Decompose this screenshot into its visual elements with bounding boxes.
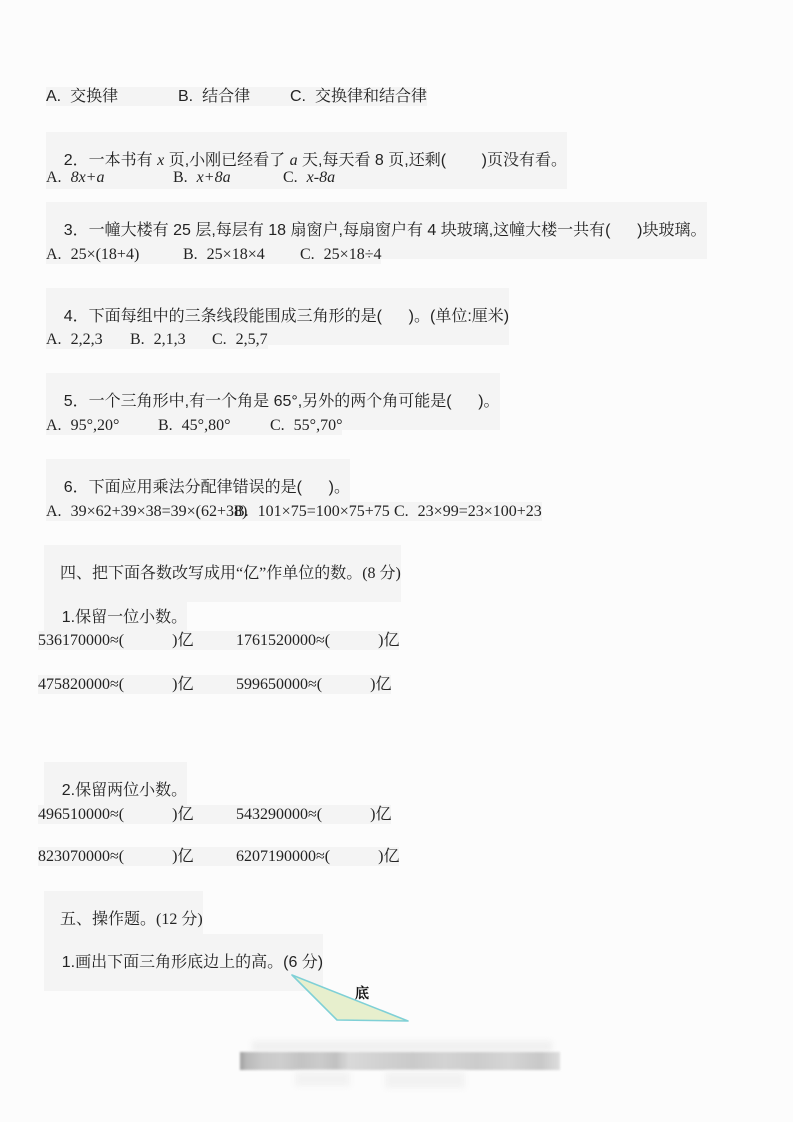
option-text: 25×(18+4): [71, 246, 140, 263]
question-2-options: A.8x+a B.x+8a C.x-8a: [46, 168, 335, 187]
section-heading: 四、把下面各数改写成用“亿”作单位的数。(8 分): [60, 565, 401, 582]
option-text: 2,1,3: [154, 331, 186, 348]
option-label: A.: [46, 417, 62, 434]
text-segment: 6．下面应用乘法分配律错误的是( )。: [64, 479, 350, 496]
conversion-row-1: 536170000≈( )亿 1761520000≈( )亿: [38, 631, 399, 650]
option-text: 45°,80°: [182, 417, 231, 434]
exam-page: A.交换律 B.结合律 C.交换律和结合律 2．一本书有 x 页,小刚已经看了 …: [0, 0, 793, 1122]
question-6-options: A.39×62+39×38=39×(62+38) B.101×75=100×75…: [46, 502, 542, 521]
question-1-options: A.交换律 B.结合律 C.交换律和结合律: [46, 87, 427, 106]
option-label: A.: [46, 169, 62, 186]
option-text: 交换律: [70, 88, 118, 105]
option-label: B.: [234, 503, 249, 520]
text-segment: 2．一本书有: [64, 152, 157, 169]
section-5-question-1: 1.画出下面三角形底边上的高。(6 分): [44, 934, 323, 991]
option-a: A.8x+a: [46, 168, 173, 187]
watermark-halo: [252, 1041, 552, 1052]
option-label: A.: [46, 331, 62, 348]
option-a: A.25×(18+4): [46, 245, 183, 264]
blurred-watermark: [240, 1052, 560, 1070]
option-c: C.2,5,7: [212, 330, 268, 349]
option-b: B.2,1,3: [130, 330, 212, 349]
option-text: x-8a: [307, 169, 335, 186]
option-label: A.: [46, 88, 61, 105]
option-text: x+8a: [197, 169, 231, 186]
conversion-item: 543290000≈( )亿: [236, 805, 391, 824]
option-b: B.45°,80°: [158, 416, 270, 435]
conversion-item: 823070000≈( )亿: [38, 847, 236, 866]
section-heading: 五、操作题。(12 分): [60, 911, 203, 928]
scan-smudge: [385, 1072, 465, 1088]
option-c: C.x-8a: [283, 168, 335, 187]
option-label: A.: [46, 503, 62, 520]
option-c: C.23×99=23×100+23: [394, 502, 542, 521]
triangle-base-label: 底: [355, 985, 369, 1001]
option-label: C.: [270, 417, 285, 434]
option-label: B.: [173, 169, 188, 186]
option-c: C.25×18÷4: [300, 245, 381, 264]
option-label: B.: [158, 417, 173, 434]
conversion-item: 536170000≈( )亿: [38, 631, 236, 650]
option-label: C.: [300, 246, 315, 263]
text-segment: 页,小刚已经看了: [164, 152, 289, 169]
triangle-figure: 底: [283, 962, 418, 1028]
text-segment: 4．下面每组中的三条线段能围成三角形的是( )。(单位:厘米): [64, 308, 509, 325]
option-text: 95°,20°: [71, 417, 120, 434]
option-a: A.交换律: [46, 87, 178, 106]
option-text: 55°,70°: [294, 417, 343, 434]
option-b: B.25×18×4: [183, 245, 300, 264]
option-a: A.39×62+39×38=39×(62+38): [46, 502, 234, 521]
option-label: B.: [130, 331, 145, 348]
question-4-options: A.2,2,3 B.2,1,3 C.2,5,7: [46, 330, 268, 349]
option-label: C.: [290, 88, 306, 105]
conversion-item: 1761520000≈( )亿: [236, 631, 399, 650]
option-text: 25×18×4: [207, 246, 265, 263]
math-variable: a: [290, 152, 298, 169]
option-text: 101×75=100×75+75: [258, 503, 390, 520]
scan-smudge: [295, 1072, 350, 1086]
option-label: C.: [283, 169, 298, 186]
option-text: 交换律和结合律: [315, 88, 427, 105]
conversion-item: 496510000≈( )亿: [38, 805, 236, 824]
option-text: 8x+a: [71, 169, 105, 186]
text-segment: 天,每天看 8 页,还剩( )页没有看。: [298, 152, 567, 169]
option-b: B.结合律: [178, 87, 290, 106]
option-label: A.: [46, 246, 62, 263]
option-text: 25×18÷4: [324, 246, 382, 263]
conversion-row-2: 475820000≈( )亿 599650000≈( )亿: [38, 675, 391, 694]
option-b: B.101×75=100×75+75: [234, 502, 394, 521]
conversion-row-4: 823070000≈( )亿 6207190000≈( )亿: [38, 847, 399, 866]
conversion-item: 6207190000≈( )亿: [236, 847, 399, 866]
option-label: C.: [394, 503, 409, 520]
option-label: B.: [183, 246, 198, 263]
option-text: 结合律: [202, 88, 250, 105]
option-text: 2,5,7: [236, 331, 268, 348]
option-a: A.95°,20°: [46, 416, 158, 435]
question-3-options: A.25×(18+4) B.25×18×4 C.25×18÷4: [46, 245, 381, 264]
option-text: 2,2,3: [71, 331, 103, 348]
option-label: C.: [212, 331, 227, 348]
option-c: C.55°,70°: [270, 416, 342, 435]
option-label: B.: [178, 88, 193, 105]
option-b: B.x+8a: [173, 168, 283, 187]
conversion-row-3: 496510000≈( )亿 543290000≈( )亿: [38, 805, 391, 824]
option-a: A.2,2,3: [46, 330, 130, 349]
option-text: 39×62+39×38=39×(62+38): [71, 503, 248, 520]
text-segment: 5．一个三角形中,有一个角是 65°,另外的两个角可能是( )。: [64, 393, 500, 410]
subsection-heading: 1.保留一位小数。: [62, 609, 187, 626]
question-5-options: A.95°,20° B.45°,80° C.55°,70°: [46, 416, 342, 435]
conversion-item: 599650000≈( )亿: [236, 675, 391, 694]
triangle-shape: [292, 975, 408, 1021]
subsection-heading: 2.保留两位小数。: [62, 782, 187, 799]
conversion-item: 475820000≈( )亿: [38, 675, 236, 694]
option-c: C.交换律和结合律: [290, 87, 427, 106]
option-text: 23×99=23×100+23: [418, 503, 542, 520]
text-segment: 3．一幢大楼有 25 层,每层有 18 扇窗户,每扇窗户有 4 块玻璃,这幢大楼…: [64, 222, 707, 239]
